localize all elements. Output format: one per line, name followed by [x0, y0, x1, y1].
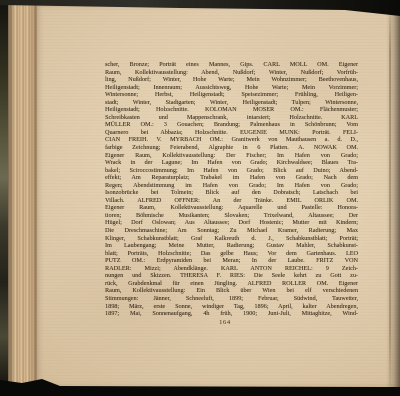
text-line: Stimmungen: Jänner, Schneeluft, 1899; Fe…	[105, 295, 358, 303]
body-text: scher, Bronze; Porträt eines Mannes, Gip…	[105, 61, 358, 318]
text-line: scher, Bronze; Porträt eines Mannes, Gip…	[105, 61, 358, 69]
text-line: CIAN FREIH. V. MYRBACH OM.: Granitwerk v…	[105, 136, 358, 144]
text-line: 1898; März, erste Sonne, windiger Tag, 1…	[105, 303, 358, 311]
text-line: Im Laubengang; Meine Mutter, Radierung; …	[105, 242, 358, 250]
text-line: PUTZ OM.: Erdpyramiden bei Meran; In der…	[105, 257, 358, 265]
text-line: Villach. ALFRED OFFNER: An der Tränke. E…	[105, 197, 358, 205]
text-line: rück, Grabdenkmal für einen Jüngling. AL…	[105, 280, 358, 288]
page-stack-fore-edge	[8, 4, 37, 389]
text-line: MÜLLER OM.: 3 Gouachen; Brandung; Palmen…	[105, 121, 358, 129]
text-line: tioren; Böhmische Musikanten; Slovaken; …	[105, 212, 358, 220]
text-line: Heiligenstadt; Innenraum; Aussichtsweg, …	[105, 84, 358, 92]
text-line: Eigener Raum, Kollektivausstellung: Der …	[105, 152, 358, 160]
text-line: Regen; Abendstimmung im Hafen von Grado;…	[105, 182, 358, 190]
text-line: stadt; Winter, Stadtgarten; Winter, Heil…	[105, 99, 358, 107]
gutter-shadow	[386, 0, 400, 396]
text-line: Hügel; Dorf Oslowan; Aus Altaussee; Dorf…	[105, 219, 358, 227]
scanned-book-photo: scher, Bronze; Porträt eines Mannes, Gip…	[0, 0, 400, 396]
text-line: Klinger, Schabkunstblatt; Graf Kalkreuth…	[105, 235, 358, 243]
text-line: Raum, Kollektivausstellung: Ein Blick üb…	[105, 287, 358, 295]
text-line: Wintersonne; Herbst, Heiligenstadt; Spei…	[105, 91, 358, 99]
page-number: 164	[105, 319, 345, 326]
text-line: Eigener Raum, Kollektivausstellung: Aqua…	[105, 204, 358, 212]
text-line: farbige Zeichnung; Feierabend, Algraphie…	[105, 144, 358, 152]
text-line: Quarnero bei Abbazia; Holzschnitte. EUGE…	[105, 129, 358, 137]
text-line: blatt; Porträts, Holzschnitte; Das gelbe…	[105, 250, 358, 258]
text-line: Isonzobrücke bei Tolmein; Blick auf den …	[105, 189, 358, 197]
text-line: Wrack in der Lagune; Im Hafen von Grado;…	[105, 159, 358, 167]
text-line: 1897; Mai, Sonnenaufgang, 4h früh, 1900;…	[105, 310, 358, 318]
text-line: Schreibkasten und Mappenschrank, intarsi…	[105, 114, 358, 122]
text-line: Raum, Kollektivausstellung: Abend, Nußdo…	[105, 69, 358, 77]
text-line: effekt; Am Reparaturplatz; Trabakel im H…	[105, 174, 358, 182]
text-line: nungen und Skizzen. THERESA F. RIES: Die…	[105, 272, 358, 280]
text-line: bakel; Sciroccostimmung; Im Hafen von Gr…	[105, 167, 358, 175]
text-line: ling, Nußdorf; Winter, Hohe Warte; Mein …	[105, 76, 358, 84]
text-line: Heiligenstadt; Holzschnitte. KOLOMAN MOS…	[105, 106, 358, 114]
text-line: Die Dreschmaschine; Am Sonntag; Zu Micha…	[105, 227, 358, 235]
text-line: RADLER: Mizzi; Abendklänge. KARL ANTON R…	[105, 265, 358, 273]
